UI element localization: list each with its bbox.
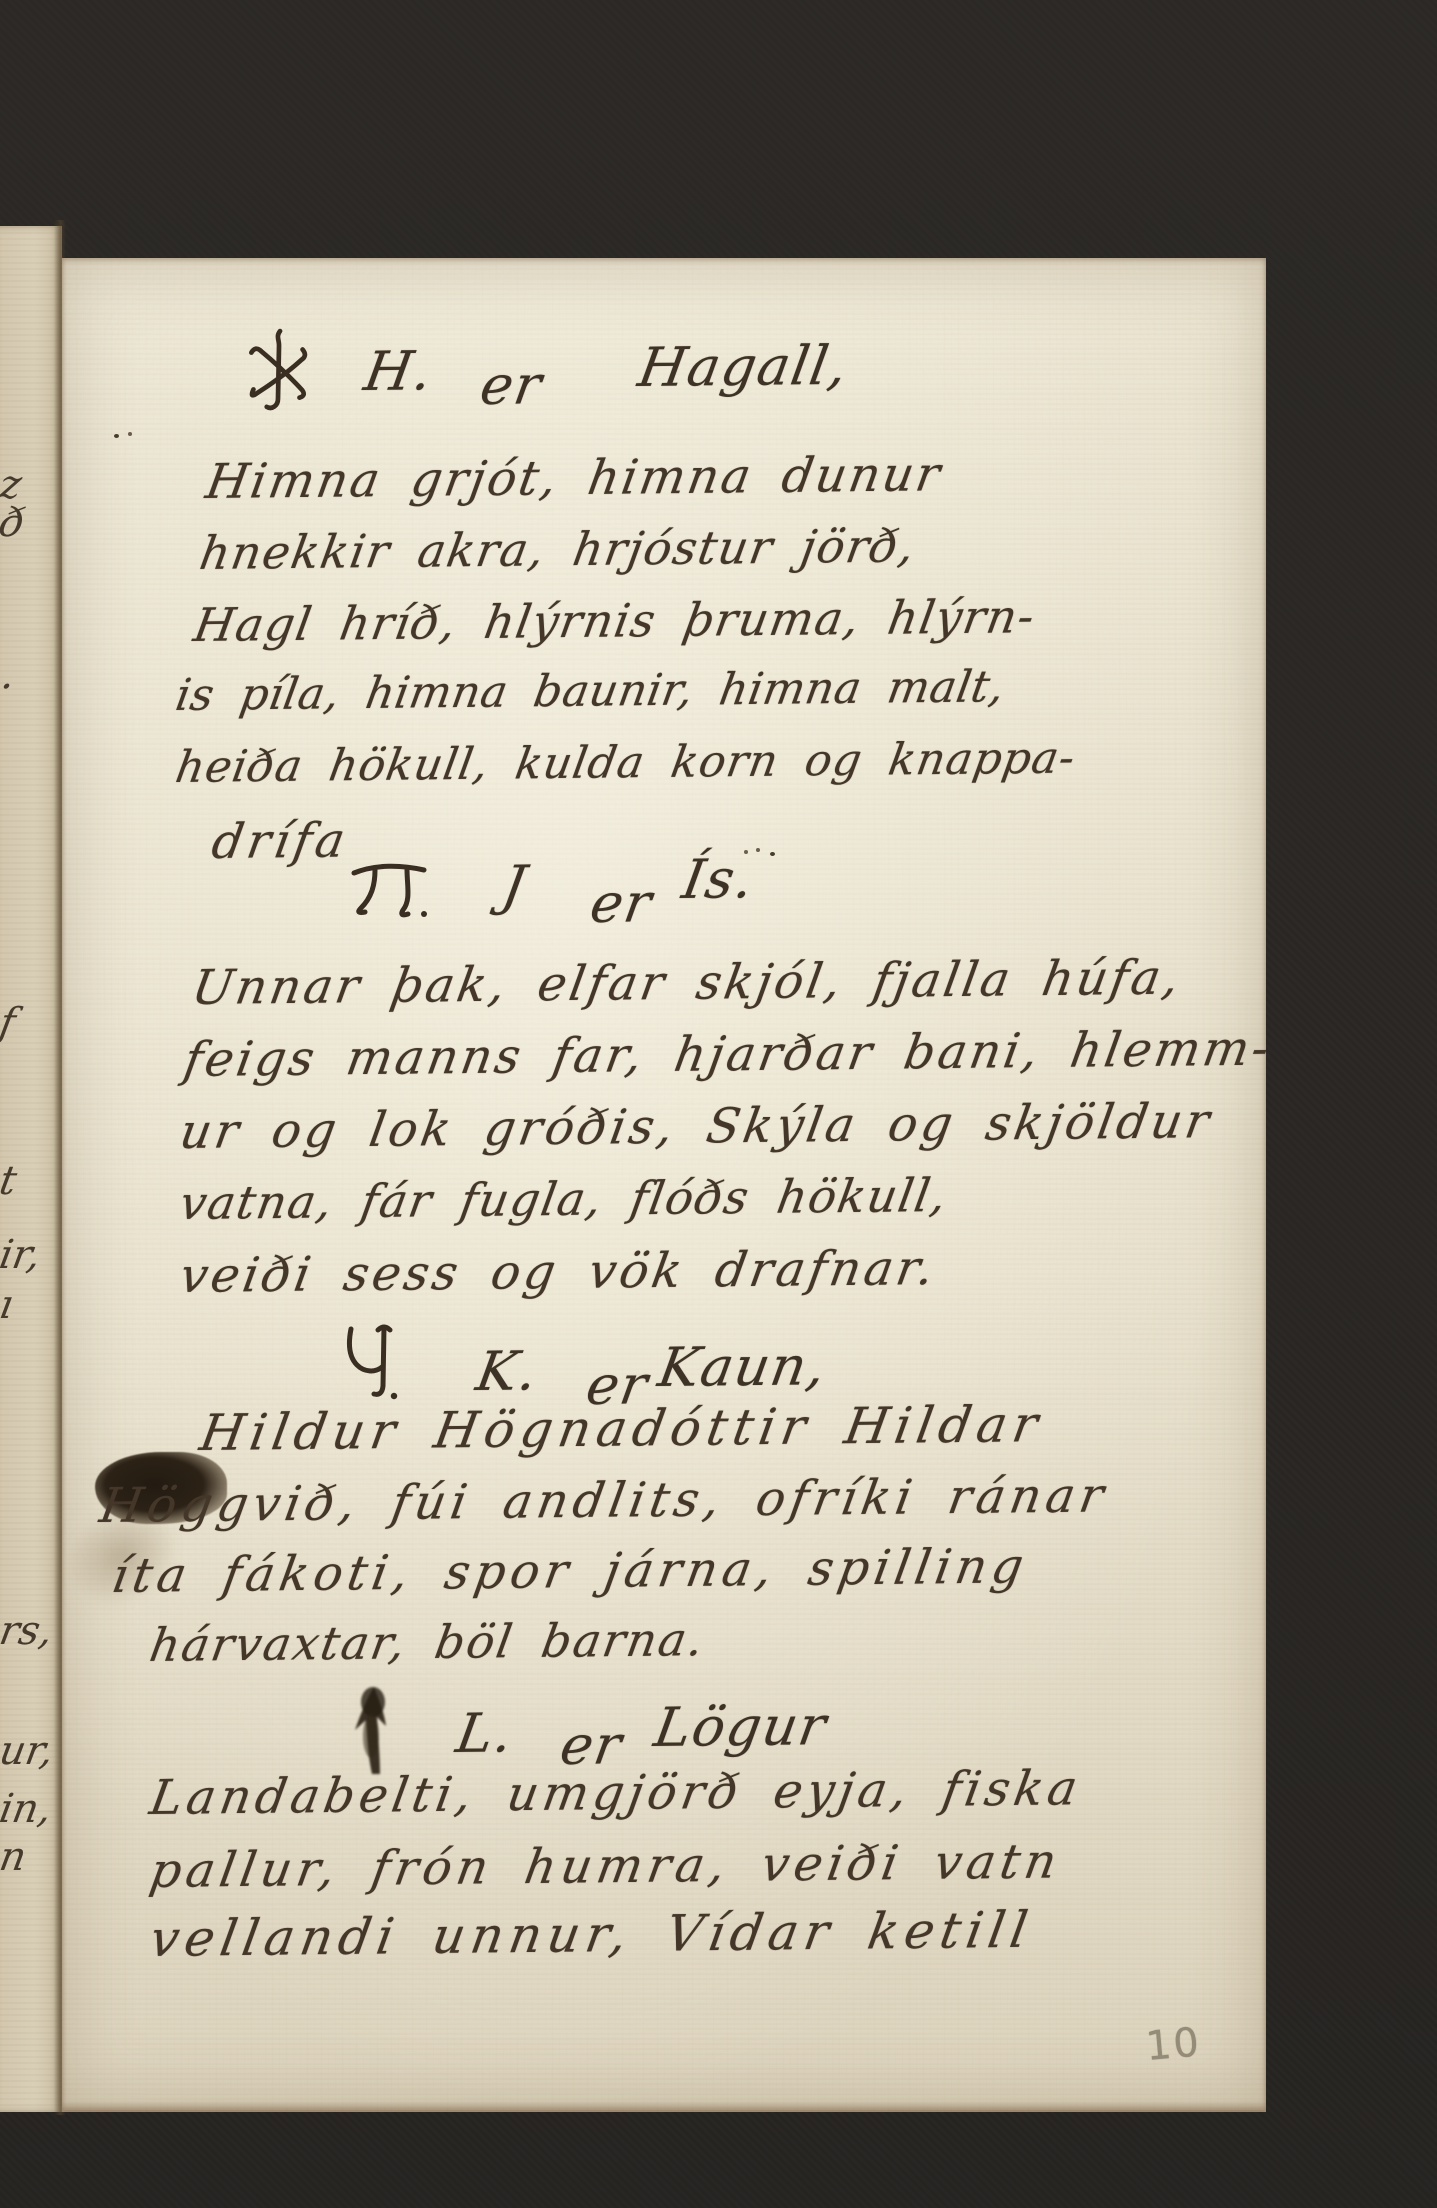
pencil-page-number: 10 xyxy=(1144,2019,1203,2070)
section-hagall-heading-part: H. xyxy=(360,339,438,403)
manuscript-line: veiði sess og vök drafnar. xyxy=(176,1240,941,1304)
facing-page-text-fragment: ir, xyxy=(0,1232,44,1278)
section-logur-heading-part: L. xyxy=(452,1701,519,1765)
manuscript-line: drífa xyxy=(208,813,353,870)
manuscript-line: ur og lok gróðis, Skýla og skjöldur xyxy=(176,1093,1217,1160)
manuscript-line: hárvaxtar, böl barna. xyxy=(146,1612,709,1672)
ink-speck xyxy=(128,432,132,436)
manuscript-line: Landabelti, umgjörð eyja, fiska xyxy=(146,1760,1086,1826)
is-rune-icon xyxy=(348,856,430,920)
manuscript-line: pallur, frón humra, veiði vatn xyxy=(146,1833,1066,1899)
facing-page-text-fragment: n xyxy=(0,1834,30,1880)
manuscript-line: hnekkir akra, hrjóstur jörð, xyxy=(196,519,920,580)
section-hagall-heading-part: er xyxy=(476,353,547,417)
manuscript-line: Hildur Högnadóttir Hildar xyxy=(196,1395,1048,1462)
facing-page-text-fragment: · xyxy=(0,664,17,710)
facing-page-text-fragment: ð xyxy=(0,500,28,546)
section-logur-heading-part: Lögur xyxy=(650,1694,832,1759)
section-is-heading-part: Ís. xyxy=(678,847,759,911)
manuscript-line: íta fákoti, spor járna, spilling xyxy=(108,1538,1032,1604)
hagall-rune-icon xyxy=(242,328,314,414)
logur-rune-blot-icon xyxy=(348,1684,402,1776)
manuscript-line: Hagl hríð, hlýrnis þruma, hlýrn- xyxy=(190,589,1040,652)
section-kaun-heading-part: K. xyxy=(472,1339,543,1403)
manuscript-line: vellandi unnur, Vídar ketill xyxy=(146,1901,1038,1968)
facing-page-text-fragment: f xyxy=(0,1000,19,1046)
facing-page-text-fragment: rs, xyxy=(0,1608,56,1654)
section-hagall-heading-part: Hagall, xyxy=(634,334,853,399)
ink-speck xyxy=(114,434,119,438)
facing-page-text-fragment: in, xyxy=(0,1786,55,1832)
manuscript-line: feigs manns far, hjarðar bani, hlemm- xyxy=(180,1021,1266,1088)
ink-speck xyxy=(770,852,775,856)
manuscript-line: Unnar þak, elfar skjól, fjalla húfa, xyxy=(188,950,1186,1016)
kaun-rune-icon xyxy=(337,1322,399,1402)
facing-page-text-fragment: ur, xyxy=(0,1728,57,1774)
manuscript-line: Höggvið, fúi andlits, ofríki ránar xyxy=(96,1467,1113,1534)
section-is-heading-part: J xyxy=(498,854,532,917)
manuscript-page: 10 H.erHagall,Himna grjót, himna dunurhn… xyxy=(62,258,1266,2112)
facing-page-text-fragment: ı xyxy=(0,1282,17,1328)
section-is-heading-part: er xyxy=(586,871,657,935)
section-kaun-heading-part: Kaun, xyxy=(654,1334,832,1399)
manuscript-line: Himna grjót, himna dunur xyxy=(202,446,946,510)
facing-page-text-fragment: t xyxy=(0,1158,20,1204)
previous-page-edge: zð·ftir,ırs,ur,in,n xyxy=(0,226,62,2112)
manuscript-line: heiða hökull, kulda korn og knappa- xyxy=(172,733,1079,793)
manuscript-line: vatna, fár fugla, flóðs hökull, xyxy=(176,1168,952,1230)
manuscript-line: is píla, himna baunir, himna malt, xyxy=(172,661,1008,721)
scanned-manuscript-photo: zð·ftir,ırs,ur,in,n 10 H.erHagall,Himna … xyxy=(0,0,1437,2208)
